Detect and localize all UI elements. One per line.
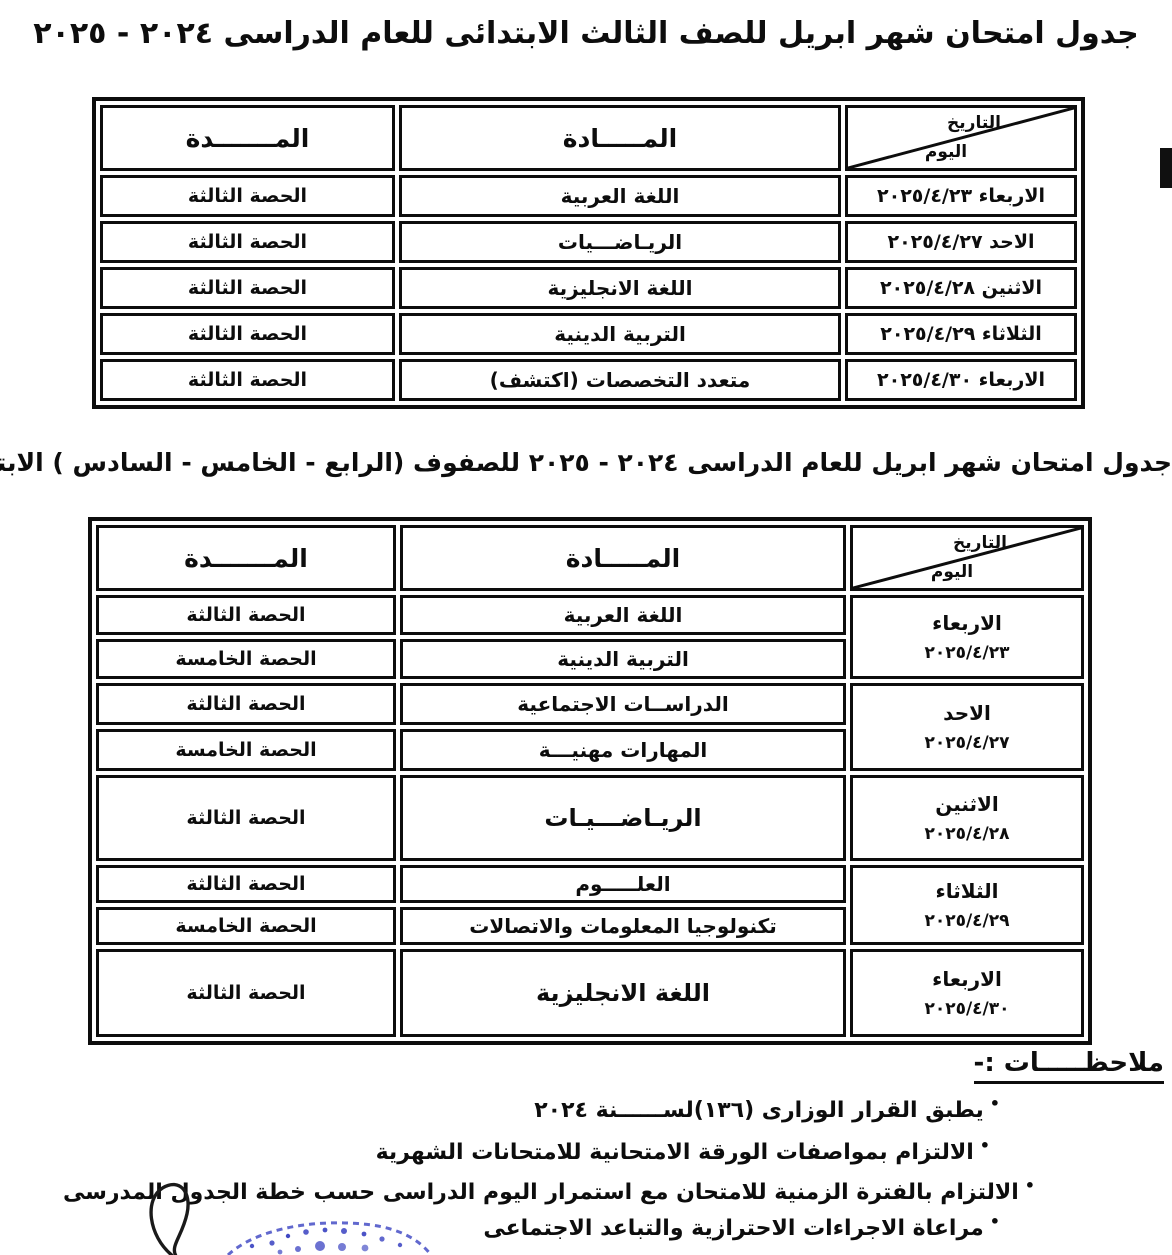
subject-cell: اللغة الانجليزية bbox=[399, 267, 841, 309]
header-duration-label: المـــــــدة bbox=[100, 105, 395, 171]
subject-cell: الدراســات الاجتماعية bbox=[400, 683, 846, 725]
note-item: •مراعاة الاجراءات الاحترازية والتباعد ال… bbox=[483, 1212, 1000, 1241]
day-date-cell: الاحد ٢٠٢٥/٤/٢٧ bbox=[845, 221, 1077, 263]
period-cell: الحصة الثالثة bbox=[96, 949, 396, 1037]
day-date-cell: الثلاثاء ٢٠٢٥/٤/٢٩ bbox=[850, 865, 1084, 945]
period-cell: الحصة الثالثة bbox=[96, 775, 396, 861]
table-row: الاربعاء ٢٠٢٥/٤/٢٣ اللغة العربية الحصة ا… bbox=[96, 595, 1084, 635]
day-date-cell: الاثنين ٢٠٢٥/٤/٢٨ bbox=[845, 267, 1077, 309]
bullet-icon: • bbox=[990, 1212, 1000, 1231]
table-header-row: التاريخ اليوم المـــــادة المـــــــدة bbox=[96, 525, 1084, 591]
table-row: الاربعاء ٢٠٢٥/٤/٢٣ اللغة العربية الحصة ا… bbox=[100, 175, 1077, 217]
upper-grades-title: جدول امتحان شهر ابريل للعام الدراسى ٢٠٢٤… bbox=[0, 448, 1172, 477]
day-date-cell: الاربعاء ٢٠٢٥/٤/٣٠ bbox=[845, 359, 1077, 401]
page-title: جدول امتحان شهر ابريل للصف الثالث الابتد… bbox=[0, 16, 1172, 51]
period-cell: الحصة الثالثة bbox=[96, 683, 396, 725]
day-name: الاربعاء bbox=[857, 611, 1077, 635]
table-row: الاربعاء ٢٠٢٥/٤/٣٠ متعدد التخصصات (اكتشف… bbox=[100, 359, 1077, 401]
day-name: الاحد bbox=[857, 701, 1077, 725]
period-cell: الحصة الثالثة bbox=[100, 221, 395, 263]
subject-cell: التربية الدينية bbox=[400, 639, 846, 679]
period-cell: الحصة الخامسة bbox=[96, 639, 396, 679]
day-name: الاثنين bbox=[857, 792, 1077, 816]
period-cell: الحصة الثالثة bbox=[100, 359, 395, 401]
note-text: يطبق القرار الوزارى (١٣٦)لســــــنة ٢٠٢٤ bbox=[534, 1098, 984, 1123]
period-cell: الحصة الثالثة bbox=[96, 595, 396, 635]
note-text: مراعاة الاجراءات الاحترازية والتباعد الا… bbox=[483, 1216, 983, 1241]
note-item: •الالتزام بمواصفات الورقة الامتحانية للا… bbox=[376, 1136, 990, 1165]
exam-date: ٢٠٢٥/٤/٢٨ bbox=[857, 824, 1077, 844]
table-row: الاثنين ٢٠٢٥/٤/٢٨ الريـاضـــيـات الحصة ا… bbox=[96, 775, 1084, 861]
subject-cell: تكنولوجيا المعلومات والاتصالات bbox=[400, 907, 846, 945]
period-cell: الحصة الثالثة bbox=[100, 313, 395, 355]
header-subject-label: المـــــادة bbox=[399, 105, 841, 171]
exam-date: ٢٠٢٥/٤/٣٠ bbox=[857, 999, 1077, 1019]
day-date-cell: الاحد ٢٠٢٥/٤/٢٧ bbox=[850, 683, 1084, 771]
exam-date: ٢٠٢٥/٤/٢٩ bbox=[857, 911, 1077, 931]
day-date-cell: الاثنين ٢٠٢٥/٤/٢٨ bbox=[850, 775, 1084, 861]
table-row: الاحد ٢٠٢٥/٤/٢٧ الريـاضـــيات الحصة الثا… bbox=[100, 221, 1077, 263]
header-day-date-cell: التاريخ اليوم bbox=[850, 525, 1084, 591]
note-item: •يطبق القرار الوزارى (١٣٦)لســــــنة ٢٠٢… bbox=[534, 1094, 1000, 1123]
subject-cell: اللغة العربية bbox=[400, 595, 846, 635]
scanned-exam-schedule-page: جدول امتحان شهر ابريل للصف الثالث الابتد… bbox=[0, 0, 1172, 1255]
subject-cell: متعدد التخصصات (اكتشف) bbox=[399, 359, 841, 401]
day-date-cell: الاربعاء ٢٠٢٥/٤/٢٣ bbox=[845, 175, 1077, 217]
bullet-icon: • bbox=[980, 1136, 990, 1155]
subject-cell: الريـاضـــيات bbox=[399, 221, 841, 263]
day-date-cell: الثلاثاء ٢٠٢٥/٤/٢٩ bbox=[845, 313, 1077, 355]
table-header-row: التاريخ اليوم المـــــادة المـــــــدة bbox=[100, 105, 1077, 171]
subject-cell: الريـاضـــيـات bbox=[400, 775, 846, 861]
bullet-icon: • bbox=[1025, 1176, 1035, 1195]
table-row: الاثنين ٢٠٢٥/٤/٢٨ اللغة الانجليزية الحصة… bbox=[100, 267, 1077, 309]
period-cell: الحصة الثالثة bbox=[100, 267, 395, 309]
table-row: الاحد ٢٠٢٥/٤/٢٧ الدراســات الاجتماعية ال… bbox=[96, 683, 1084, 725]
notes-heading: ملاحظـــــات :- bbox=[974, 1048, 1164, 1084]
day-name: الاربعاء bbox=[857, 967, 1077, 991]
period-cell: الحصة الثالثة bbox=[100, 175, 395, 217]
subject-cell: المهارات مهنيـــة bbox=[400, 729, 846, 771]
header-date-label: التاريخ bbox=[853, 535, 1081, 552]
subject-cell: التربية الدينية bbox=[399, 313, 841, 355]
header-day-label: اليوم bbox=[853, 564, 1081, 581]
header-subject-label: المـــــادة bbox=[400, 525, 846, 591]
official-stamp bbox=[222, 1216, 437, 1255]
subject-cell: اللغة الانجليزية bbox=[400, 949, 846, 1037]
header-date-label: التاريخ bbox=[848, 115, 1074, 132]
header-day-label: اليوم bbox=[848, 144, 1074, 161]
period-cell: الحصة الخامسة bbox=[96, 907, 396, 945]
exam-date: ٢٠٢٥/٤/٢٧ bbox=[857, 733, 1077, 753]
day-date-cell: الاربعاء ٢٠٢٥/٤/٢٣ bbox=[850, 595, 1084, 679]
period-cell: الحصة الثالثة bbox=[96, 865, 396, 903]
header-duration-label: المـــــــدة bbox=[96, 525, 396, 591]
table-row: الاربعاء ٢٠٢٥/٤/٣٠ اللغة الانجليزية الحص… bbox=[96, 949, 1084, 1037]
table-row: الثلاثاء ٢٠٢٥/٤/٢٩ العلـــــوم الحصة الث… bbox=[96, 865, 1084, 903]
header-day-date-cell: التاريخ اليوم bbox=[845, 105, 1077, 171]
day-name: الثلاثاء bbox=[857, 879, 1077, 903]
bullet-icon: • bbox=[990, 1094, 1000, 1113]
note-text: الالتزام بمواصفات الورقة الامتحانية للام… bbox=[376, 1140, 974, 1165]
grades456-exam-table: التاريخ اليوم المـــــادة المـــــــدة ا… bbox=[88, 517, 1092, 1045]
subject-cell: العلـــــوم bbox=[400, 865, 846, 903]
grade3-exam-table: التاريخ اليوم المـــــادة المـــــــدة ا… bbox=[92, 97, 1085, 409]
subject-cell: اللغة العربية bbox=[399, 175, 841, 217]
scan-edge-artifact bbox=[1160, 148, 1172, 188]
day-date-cell: الاربعاء ٢٠٢٥/٤/٣٠ bbox=[850, 949, 1084, 1037]
table-row: الثلاثاء ٢٠٢٥/٤/٢٩ التربية الدينية الحصة… bbox=[100, 313, 1077, 355]
exam-date: ٢٠٢٥/٤/٢٣ bbox=[857, 643, 1077, 663]
period-cell: الحصة الخامسة bbox=[96, 729, 396, 771]
